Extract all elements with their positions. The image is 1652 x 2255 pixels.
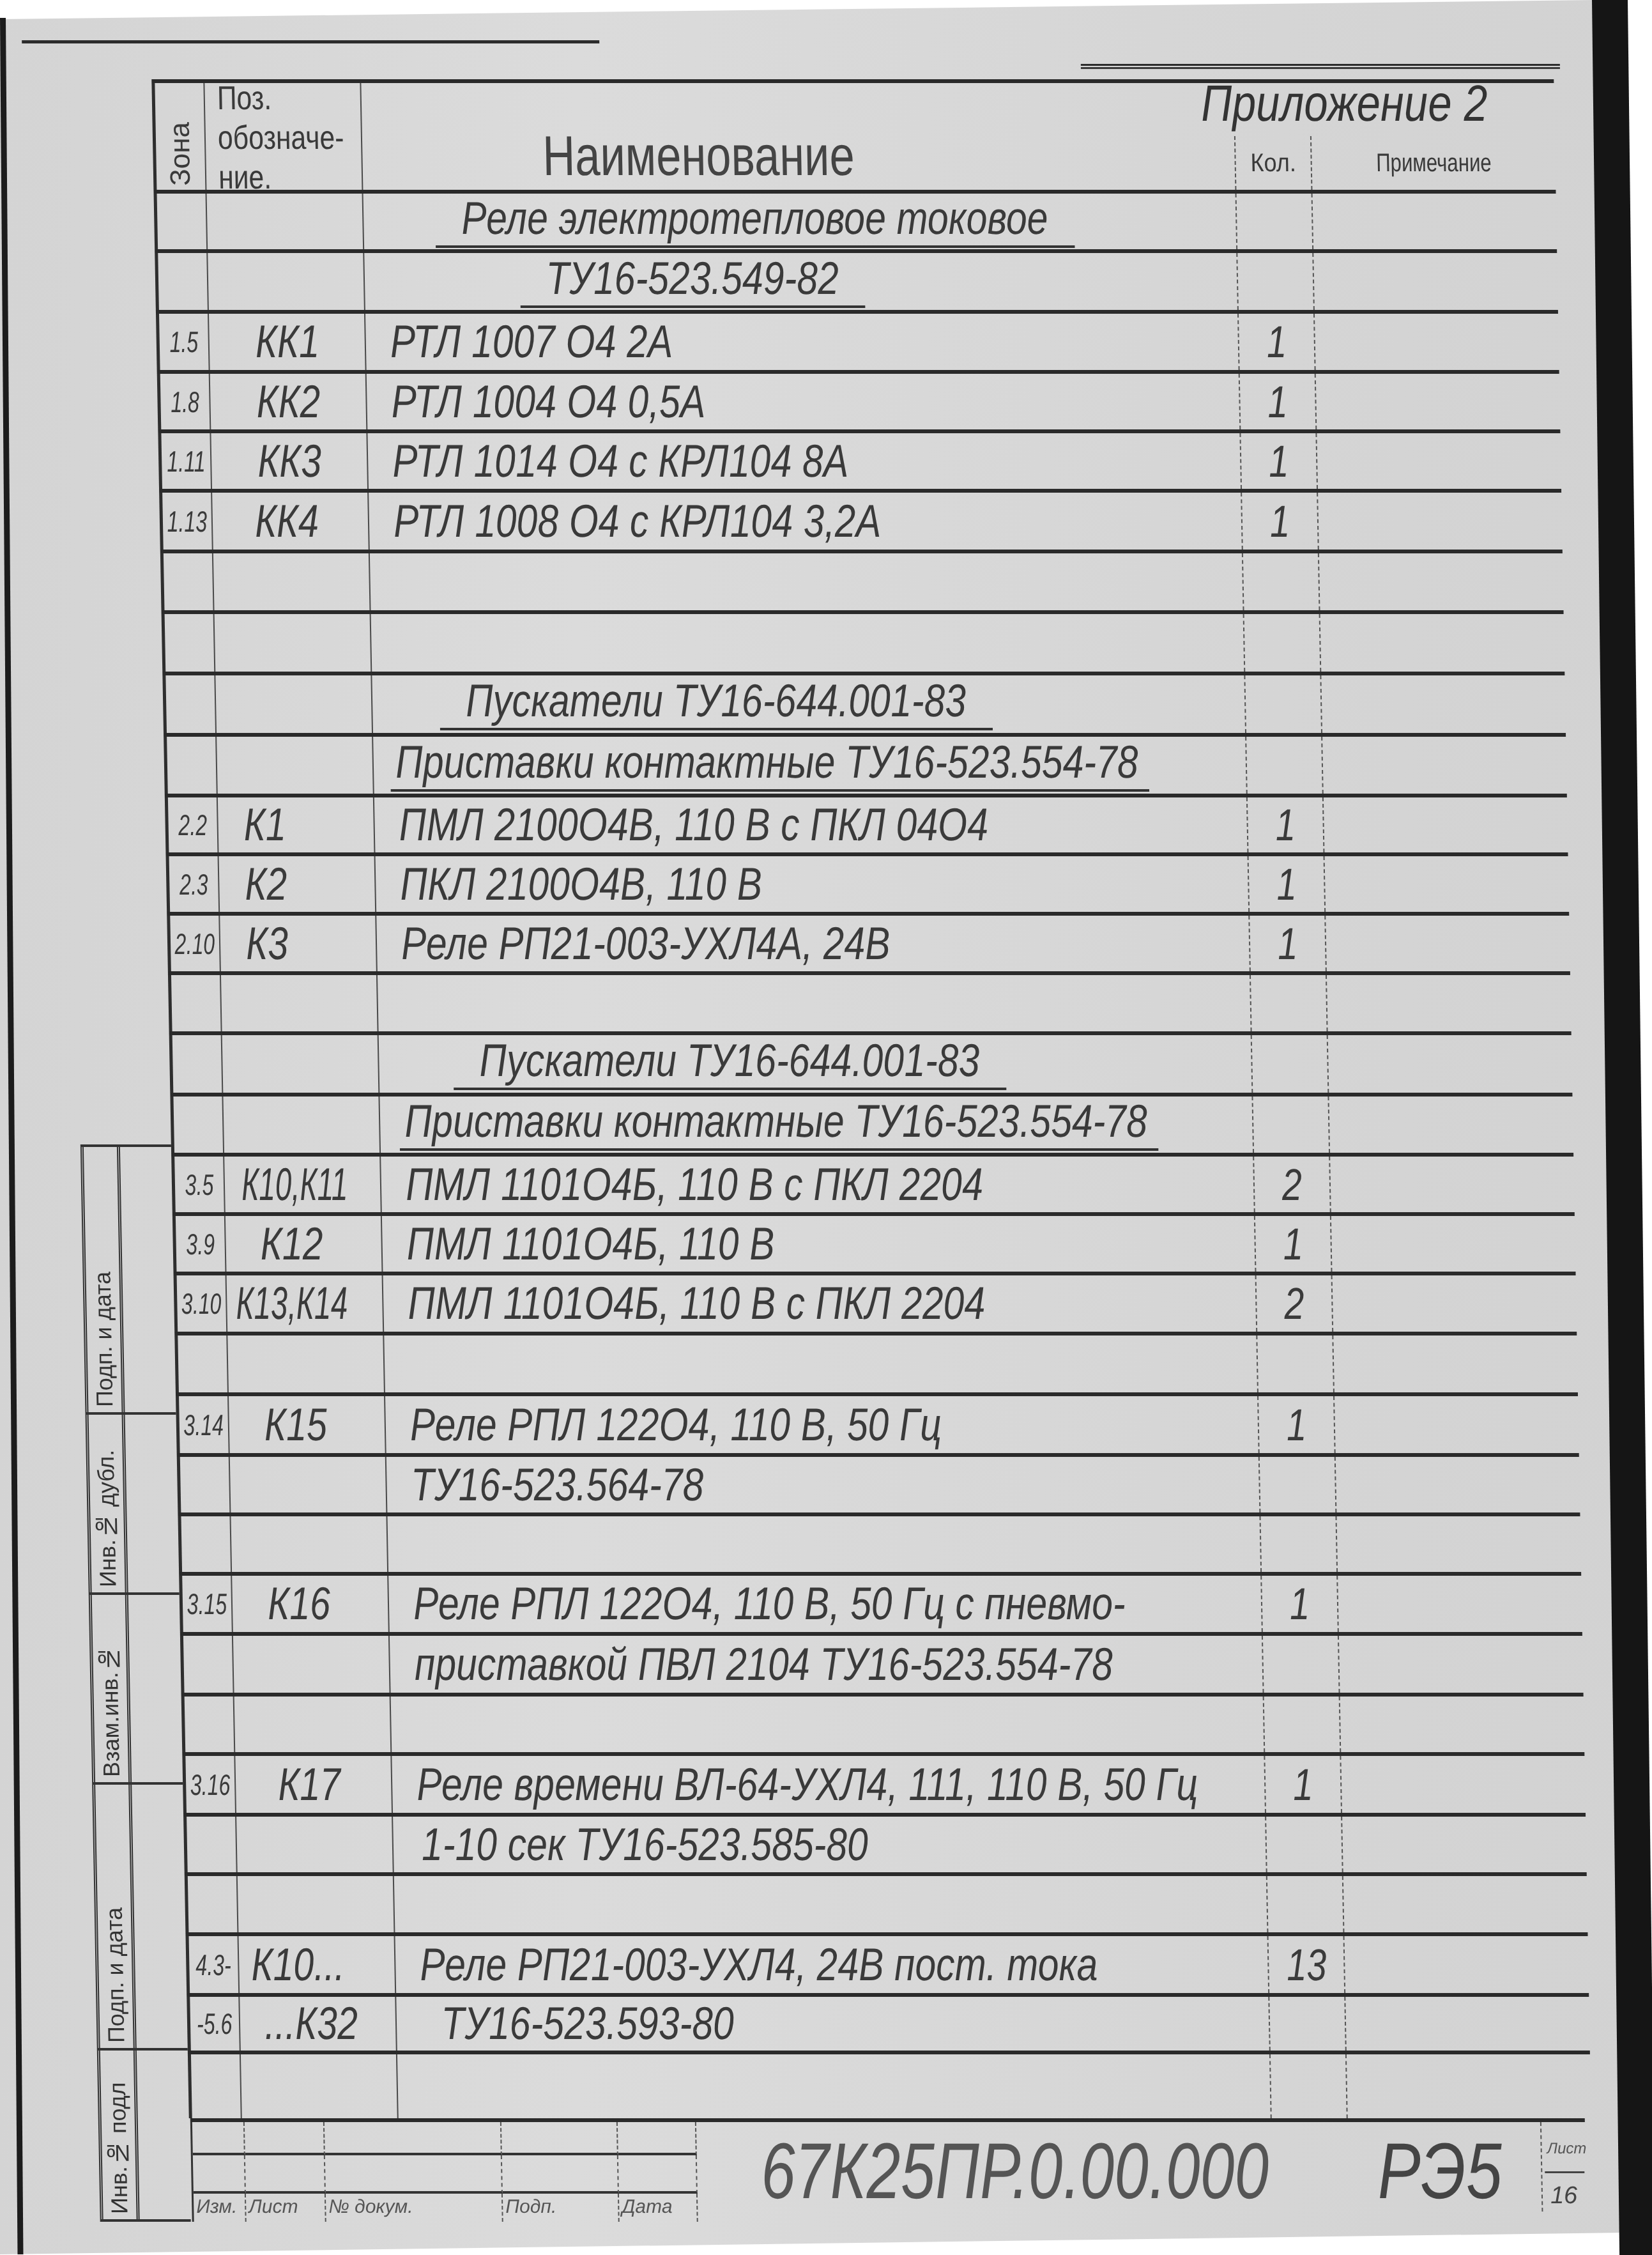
- qty-cell: 1: [1239, 374, 1316, 429]
- zone-cell: 2.10: [167, 916, 220, 971]
- zone-value: 1.11: [167, 447, 206, 476]
- position-designation: КК1: [255, 319, 319, 365]
- qty-cell: [1251, 1097, 1329, 1153]
- qty-cell: [1262, 1636, 1339, 1693]
- name-cell: Реле РПЛ 122О4, 110 В, 50 Гц: [384, 1396, 1258, 1453]
- zone-value: 3.16: [190, 1770, 231, 1799]
- note-cell: [1341, 1817, 1587, 1872]
- stamp-label: Инв.№ подл: [97, 2051, 140, 2219]
- sheet-number-box: Лист 16: [1540, 2122, 1587, 2212]
- section-heading: Приставки контактные ТУ16-523.554-78: [390, 739, 1149, 792]
- section-heading: Реле электротепловое токовое: [435, 196, 1075, 248]
- sheet-divider: [1545, 2171, 1584, 2173]
- empty-row: [168, 971, 1572, 1031]
- qty-cell: 13: [1267, 1936, 1345, 1993]
- position-cell: К16: [231, 1576, 388, 1632]
- header-qty: Кол.: [1250, 150, 1296, 176]
- header-qty-cell: Кол.: [1234, 136, 1312, 190]
- stamp-field: [125, 1415, 180, 1592]
- note-cell: [1326, 975, 1572, 1031]
- position-designation: КК4: [254, 498, 319, 544]
- qty-cell: [1235, 194, 1313, 249]
- table-row: 3.16 К17 Реле времени ВЛ-64-УХЛ4, 111, 1…: [182, 1752, 1586, 1813]
- note-cell: [1343, 1936, 1589, 1993]
- note-cell: [1327, 1035, 1573, 1093]
- table-row: 2.3 К2 ПКЛ 2100О4В, 110 В 1: [165, 852, 1569, 912]
- table-row: 3.14 К15 Реле РПЛ 122О4, 110 В, 50 Гц 1: [176, 1392, 1579, 1453]
- note-cell: [1313, 314, 1559, 370]
- zone-cell: [185, 1876, 238, 1932]
- appendix-label: Приложение 2: [1200, 78, 1488, 129]
- qty-cell: [1259, 1516, 1336, 1572]
- empty-row: [160, 550, 1564, 610]
- position-cell: КК1: [208, 314, 365, 370]
- header-name-cell: Наименование: [360, 83, 1235, 190]
- position-cell: К12: [224, 1216, 382, 1272]
- item-name: Реле РП21-003-УХЛ4А, 24В: [401, 921, 891, 967]
- qty-cell: [1268, 1997, 1345, 2051]
- name-cell: Пускатели ТУ16-644.001-83: [371, 675, 1245, 733]
- item-qty: 1: [1266, 319, 1287, 364]
- table-row: 3.9 К12 ПМЛ 1101О4Б, 110 В 1: [172, 1212, 1576, 1272]
- blank-filler-row: [188, 2051, 1591, 2118]
- section-heading-row: Реле электротепловое токовое: [153, 190, 1557, 249]
- name-cell: [390, 1697, 1264, 1752]
- item-qty: 1: [1269, 439, 1289, 484]
- note-cell: [1324, 916, 1570, 971]
- note-cell: [1322, 797, 1568, 852]
- note-cell: [1344, 1997, 1590, 2051]
- table-row: 1.11 КК3 РТЛ 1014 О4 с КРЛ104 8А 1: [158, 429, 1561, 489]
- position-designation: К10,К11: [241, 1162, 348, 1208]
- qty-cell: [1236, 253, 1313, 310]
- zone-value: 3.14: [183, 1410, 224, 1440]
- continuation-row: -5.6 ...К32 ТУ16-523.593-80: [187, 1993, 1590, 2051]
- note-cell: [1315, 374, 1561, 429]
- empty-row: [178, 1512, 1581, 1572]
- section-heading-row: Приставки контактные ТУ16-523.554-78: [170, 1093, 1573, 1153]
- zone-cell: 3.10: [174, 1275, 227, 1332]
- note-cell: [1330, 1216, 1576, 1272]
- note-cell: [1329, 1157, 1575, 1212]
- position-cell: [221, 1035, 379, 1093]
- table-row: 2.2 К1 ПМЛ 2100О4В, 110 В с ПКЛ 04О4 1: [165, 794, 1568, 852]
- qty-cell: [1251, 1035, 1328, 1093]
- continuation-row: ТУ16-523.564-78: [177, 1453, 1580, 1512]
- title-block: Изм. Лист № докум. Подп. Дата 67К25ПР.0.…: [190, 2118, 1587, 2224]
- item-name: Реле РПЛ 122О4, 110 В, 50 Гц: [409, 1402, 942, 1448]
- stamp-field: [128, 1595, 183, 1782]
- zone-cell: [181, 1697, 234, 1752]
- header-note: Примечание: [1376, 150, 1492, 176]
- position-cell: [222, 1097, 379, 1153]
- position-cell: [214, 675, 372, 733]
- position-cell: [226, 1335, 384, 1392]
- revision-cell: [325, 2155, 503, 2194]
- item-qty: 1: [1283, 1222, 1303, 1266]
- zone-cell: [188, 2054, 241, 2118]
- document-designation: 67К25ПР.0.00.000: [760, 2132, 1269, 2211]
- position-cell: К13,К14: [226, 1275, 383, 1332]
- position-designation: К10...: [251, 1942, 345, 1988]
- position-cell: КК3: [210, 433, 367, 489]
- qty-cell: [1245, 737, 1322, 794]
- item-name: ПМЛ 1101О4Б, 110 В с ПКЛ 2204: [408, 1281, 986, 1327]
- qty-cell: [1263, 1697, 1340, 1752]
- qty-cell: [1266, 1876, 1343, 1932]
- stamp-field: [120, 1147, 176, 1412]
- note-cell: [1331, 1275, 1577, 1332]
- qty-cell: 1: [1260, 1576, 1338, 1632]
- section-heading: Пускатели ТУ16-644.001-83: [453, 1038, 1007, 1090]
- position-cell: [236, 1876, 394, 1932]
- position-cell: [213, 614, 371, 672]
- position-cell: [229, 1516, 387, 1572]
- item-name: Реле РП21-003-УХЛ4, 24В пост. тока: [420, 1942, 1098, 1988]
- header-position-line: обозначе-: [217, 118, 344, 158]
- name-cell: [383, 1335, 1257, 1392]
- revision-grid: Изм. Лист № докум. Подп. Дата: [190, 2122, 698, 2222]
- stamp-label: Подп. и дата: [80, 1147, 125, 1412]
- qty-cell: 1: [1237, 314, 1315, 370]
- qty-cell: [1256, 1335, 1333, 1392]
- position-cell: [212, 553, 370, 610]
- name-cell: ПМЛ 1101О4Б, 110 В с ПКЛ 2204: [379, 1157, 1254, 1212]
- note-cell: [1312, 253, 1558, 310]
- zone-cell: [177, 1457, 230, 1512]
- qty-cell: 1: [1248, 856, 1325, 912]
- item-qty: 1: [1276, 862, 1297, 907]
- qty-cell: 1: [1246, 797, 1324, 852]
- qty-cell: 1: [1257, 1396, 1335, 1453]
- position-cell: [206, 253, 364, 310]
- position-designation: КК3: [257, 438, 322, 484]
- zone-cell: 3.16: [182, 1756, 235, 1813]
- zone-value: 1.8: [171, 387, 200, 417]
- name-cell: [376, 975, 1251, 1031]
- note-cell: [1345, 2054, 1591, 2118]
- header-position: Поз. обозначе- ние.: [217, 79, 345, 197]
- zone-cell: [170, 1097, 223, 1153]
- zone-value: 3.10: [181, 1289, 222, 1318]
- position-cell: ...К32: [238, 1997, 396, 2051]
- section-heading-row: Пускатели ТУ16-644.001-83: [162, 672, 1566, 733]
- position-cell: К15: [227, 1396, 385, 1453]
- stamp-label: Подп. и дата: [92, 1785, 137, 2048]
- item-name: Реле времени ВЛ-64-УХЛ4, 111, 110 В, 50 …: [417, 1762, 1198, 1808]
- position-cell: К10,К11: [223, 1157, 381, 1212]
- zone-value: 2.3: [180, 870, 209, 899]
- zone-value: -5.6: [197, 2009, 233, 2038]
- name-cell: РТЛ 1008 О4 с КРЛ104 3,2А: [367, 493, 1242, 550]
- zone-cell: 1.8: [157, 374, 210, 429]
- revision-cell: [501, 2122, 618, 2155]
- continuation-row: приставкой ПВЛ 2104 ТУ16-523.554-78: [180, 1632, 1584, 1693]
- zone-cell: [180, 1636, 233, 1693]
- position-cell: КК4: [211, 493, 369, 550]
- item-name: Реле РПЛ 122О4, 110 В, 50 Гц с пневмо-: [413, 1581, 1126, 1627]
- note-cell: [1317, 493, 1563, 550]
- position-designation: К12: [260, 1221, 323, 1267]
- item-qty: 1: [1289, 1582, 1310, 1626]
- note-cell: [1324, 856, 1570, 912]
- name-cell: ТУ16-523.549-82: [363, 253, 1237, 310]
- revision-cell: [245, 2122, 325, 2155]
- zone-cell: [174, 1335, 227, 1392]
- zone-cell: [178, 1516, 231, 1572]
- item-qty: 1: [1277, 921, 1297, 966]
- note-cell: [1332, 1335, 1578, 1392]
- revision-column-label: Дата: [619, 2194, 698, 2222]
- qty-cell: 1: [1248, 916, 1326, 971]
- specification-sheet: Зона Поз. обозначе- ние. Наименование Ко…: [0, 0, 1652, 2255]
- position-cell: [220, 975, 378, 1031]
- name-cell: 1-10 сек ТУ16-523.585-80: [392, 1817, 1266, 1872]
- table-row: 1.5 КК1 РТЛ 1007 О4 2А 1: [156, 310, 1559, 370]
- sheet-number: 16: [1550, 2183, 1578, 2208]
- position-designation: К2: [245, 861, 287, 907]
- header-zone: Зона: [161, 122, 201, 190]
- position-designation: К3: [245, 921, 288, 967]
- zone-value: 4.3-: [195, 1950, 231, 1980]
- table-row: 3.10 К13,К14 ПМЛ 1101О4Б, 110 В с ПКЛ 22…: [173, 1272, 1577, 1332]
- stamp-box: Подп. и дата: [92, 1782, 188, 2048]
- item-name: РТЛ 1014 О4 с КРЛ104 8А: [392, 438, 849, 484]
- name-cell: Реле РПЛ 122О4, 110 В, 50 Гц с пневмо-: [387, 1576, 1262, 1632]
- qty-cell: 1: [1241, 493, 1318, 550]
- note-cell: [1342, 1876, 1588, 1932]
- table-row: 4.3- К10... Реле РП21-003-УХЛ4, 24В пост…: [185, 1932, 1589, 1993]
- revision-cell: [245, 2155, 326, 2194]
- empty-row: [185, 1872, 1588, 1932]
- note-cell: [1339, 1697, 1585, 1752]
- note-cell: [1315, 433, 1561, 489]
- zone-value: 2.2: [178, 810, 208, 840]
- zone-cell: 2.3: [166, 856, 219, 912]
- zone-cell: 3.15: [179, 1576, 232, 1632]
- zone-cell: 1.11: [158, 433, 211, 489]
- zone-value: 3.9: [186, 1229, 215, 1259]
- note-cell: [1335, 1457, 1580, 1512]
- zone-value: 3.5: [185, 1170, 214, 1199]
- position-designation: К13,К14: [236, 1281, 348, 1327]
- position-designation: К16: [267, 1581, 330, 1627]
- revision-cell: [618, 2155, 698, 2194]
- empty-row: [174, 1332, 1578, 1392]
- position-designation: К15: [264, 1402, 327, 1448]
- qty-cell: 1: [1254, 1216, 1331, 1272]
- header-position-cell: Поз. обозначе- ние.: [203, 83, 362, 190]
- stamp-label: Инв.№ дубл.: [86, 1415, 128, 1592]
- note-cell: [1312, 194, 1557, 249]
- name-cell: ПКЛ 2100О4В, 110 В: [374, 856, 1249, 912]
- name-cell: ТУ16-523.593-80: [395, 1997, 1269, 2051]
- zone-cell: 1.13: [159, 493, 212, 550]
- revision-cell: [618, 2122, 697, 2155]
- stamp-field: [137, 2051, 191, 2219]
- item-name: приставкой ПВЛ 2104 ТУ16-523.554-78: [414, 1642, 1113, 1688]
- zone-value: 1.5: [169, 327, 199, 357]
- position-cell: КК2: [209, 374, 367, 429]
- note-cell: [1338, 1636, 1584, 1693]
- name-cell: Реле РП21-003-УХЛ4А, 24В: [375, 916, 1250, 971]
- note-cell: [1335, 1516, 1581, 1572]
- revision-cell: [193, 2155, 246, 2194]
- name-cell: РТЛ 1004 О4 0,5А: [365, 374, 1240, 429]
- zone-cell: [183, 1817, 236, 1872]
- zone-cell: [154, 194, 207, 249]
- position-designation: ...К32: [264, 2001, 358, 2047]
- name-cell: Приставки контактные ТУ16-523.554-78: [378, 1097, 1253, 1153]
- item-name: ТУ16-523.593-80: [441, 2001, 734, 2047]
- item-name: 1-10 сек ТУ16-523.585-80: [421, 1822, 868, 1868]
- note-cell: [1336, 1576, 1582, 1632]
- zone-cell: 2.2: [165, 797, 218, 852]
- position-designation: КК2: [256, 379, 321, 425]
- section-heading: ТУ16-523.549-82: [519, 256, 865, 308]
- top-right-rule: [1081, 64, 1560, 69]
- position-cell: [232, 1636, 390, 1693]
- name-cell: РТЛ 1014 О4 с КРЛ104 8А: [366, 433, 1241, 489]
- item-qty: 1: [1267, 380, 1288, 424]
- name-cell: РТЛ 1007 О4 2А: [364, 314, 1239, 370]
- revision-cell: [192, 2122, 245, 2155]
- name-cell: ПМЛ 1101О4Б, 110 В с ПКЛ 2204: [382, 1275, 1257, 1332]
- zone-cell: 4.3-: [186, 1936, 239, 1993]
- item-qty: 1: [1292, 1762, 1313, 1807]
- revision-cell: [502, 2155, 619, 2194]
- table-row: 2.10 К3 Реле РП21-003-УХЛ4А, 24В 1: [167, 912, 1570, 971]
- name-cell: ПМЛ 1101О4Б, 110 В: [381, 1216, 1255, 1272]
- top-left-rule: [22, 40, 599, 43]
- empty-row: [162, 610, 1565, 672]
- item-name: ПМЛ 1101О4Б, 110 В: [406, 1221, 775, 1267]
- position-cell: К10...: [238, 1936, 395, 1993]
- item-qty: 1: [1286, 1403, 1306, 1447]
- section-heading-row: Приставки контактные ТУ16-523.554-78: [164, 733, 1567, 794]
- name-cell: [393, 1876, 1267, 1932]
- qty-cell: [1265, 1817, 1342, 1872]
- item-name: ПМЛ 2100О4В, 110 В с ПКЛ 04О4: [399, 802, 989, 848]
- name-cell: Реле РП21-003-УХЛ4, 24В пост. тока: [394, 1936, 1269, 1993]
- position-designation: К17: [278, 1762, 341, 1808]
- stamp-field: [132, 1785, 188, 2048]
- position-cell: [215, 737, 373, 794]
- zone-cell: [168, 975, 221, 1031]
- name-cell: Пускатели ТУ16-644.001-83: [378, 1035, 1252, 1093]
- position-cell: [229, 1457, 386, 1512]
- zone-cell: [169, 1035, 222, 1093]
- qty-cell: [1244, 675, 1321, 733]
- qty-cell: [1258, 1457, 1336, 1512]
- zone-cell: [164, 737, 217, 794]
- item-qty: 1: [1275, 803, 1296, 847]
- stamp-box: Подп. и дата: [80, 1144, 176, 1412]
- position-cell: К17: [234, 1756, 392, 1813]
- header-note-cell: Примечание: [1310, 136, 1556, 190]
- revision-column-label: Лист: [246, 2194, 326, 2222]
- position-designation: К1: [243, 802, 286, 848]
- stamp-box: Взам.инв.№: [89, 1592, 183, 1782]
- revision-column-label: № докум.: [326, 2194, 503, 2222]
- table-row: 3.5 К10,К11 ПМЛ 1101О4Б, 110 В с ПКЛ 220…: [171, 1153, 1575, 1212]
- empty-row: [181, 1693, 1585, 1752]
- zone-value: 2.10: [174, 929, 215, 958]
- note-cell: [1321, 737, 1567, 794]
- position-cell: [240, 2054, 397, 2118]
- qty-cell: [1250, 975, 1327, 1031]
- sheet-label: Лист: [1547, 2140, 1586, 2158]
- name-cell: Реле электротепловое токовое: [362, 194, 1237, 249]
- section-heading: Приставки контактные ТУ16-523.554-78: [399, 1098, 1159, 1151]
- revision-column-label: Подп.: [503, 2194, 620, 2222]
- note-cell: [1333, 1396, 1579, 1453]
- qty-cell: 2: [1253, 1157, 1330, 1212]
- table-row: 3.15 К16 Реле РПЛ 122О4, 110 В, 50 Гц с …: [179, 1572, 1582, 1632]
- zone-value: 3.15: [187, 1589, 227, 1619]
- zone-cell: -5.6: [187, 1997, 240, 2051]
- zone-cell: 3.5: [171, 1157, 224, 1212]
- position-cell: [233, 1697, 391, 1752]
- continuation-row: 1-10 сек ТУ16-523.585-80: [183, 1813, 1587, 1872]
- revision-cell: [325, 2122, 502, 2155]
- table-row: 1.13 КК4 РТЛ 1008 О4 с КРЛ104 3,2А 1: [159, 489, 1563, 550]
- name-cell: [386, 1516, 1260, 1572]
- name-cell: ТУ16-523.564-78: [385, 1457, 1260, 1512]
- item-qty: 2: [1284, 1281, 1304, 1326]
- stamp-box: Инв.№ дубл.: [86, 1412, 180, 1592]
- name-cell: ПМЛ 2100О4В, 110 В с ПКЛ 04О4: [373, 797, 1248, 852]
- zone-cell: 3.9: [172, 1216, 226, 1272]
- item-qty: 2: [1281, 1162, 1302, 1207]
- name-cell: Реле времени ВЛ-64-УХЛ4, 111, 110 В, 50 …: [390, 1756, 1265, 1813]
- note-cell: [1327, 1097, 1573, 1153]
- header-position-line: Поз.: [217, 79, 344, 118]
- qty-cell: [1242, 553, 1319, 610]
- qty-cell: [1269, 2054, 1347, 2118]
- position-cell: К2: [218, 856, 376, 912]
- position-cell: [235, 1817, 393, 1872]
- table-row: 1.8 КК2 РТЛ 1004 О4 0,5А 1: [157, 370, 1561, 429]
- zone-cell: 3.14: [176, 1396, 229, 1453]
- name-cell: [370, 614, 1244, 672]
- zone-cell: 1.5: [156, 314, 209, 370]
- zone-cell: [162, 675, 215, 733]
- note-cell: [1318, 553, 1564, 610]
- stamp-box: Инв.№ подл: [97, 2048, 191, 2222]
- item-name: РТЛ 1008 О4 с КРЛ104 3,2А: [393, 498, 881, 544]
- section-heading-row: ТУ16-523.549-82: [155, 249, 1558, 310]
- item-name: РТЛ 1004 О4 0,5А: [391, 379, 706, 425]
- note-cell: [1319, 614, 1565, 672]
- qty-cell: 1: [1239, 433, 1317, 489]
- qty-cell: 2: [1255, 1275, 1333, 1332]
- item-name: ПКЛ 2100О4В, 110 В: [400, 861, 763, 907]
- position-cell: К3: [218, 916, 376, 971]
- zone-value: 1.13: [167, 507, 208, 536]
- section-heading: Пускатели ТУ16-644.001-83: [439, 678, 993, 730]
- name-cell: приставкой ПВЛ 2104 ТУ16-523.554-78: [388, 1636, 1263, 1693]
- note-cell: [1320, 675, 1566, 733]
- item-name: ПМЛ 1101О4Б, 110 В с ПКЛ 2204: [405, 1162, 983, 1208]
- note-cell: [1340, 1756, 1586, 1813]
- stamp-label: Взам.инв.№: [89, 1595, 132, 1782]
- revision-column-label: Изм.: [194, 2194, 247, 2222]
- document-code: РЭ5: [1377, 2132, 1503, 2211]
- zone-cell: [160, 553, 213, 610]
- position-cell: [206, 194, 363, 249]
- section-heading-row: Пускатели ТУ16-644.001-83: [169, 1031, 1573, 1093]
